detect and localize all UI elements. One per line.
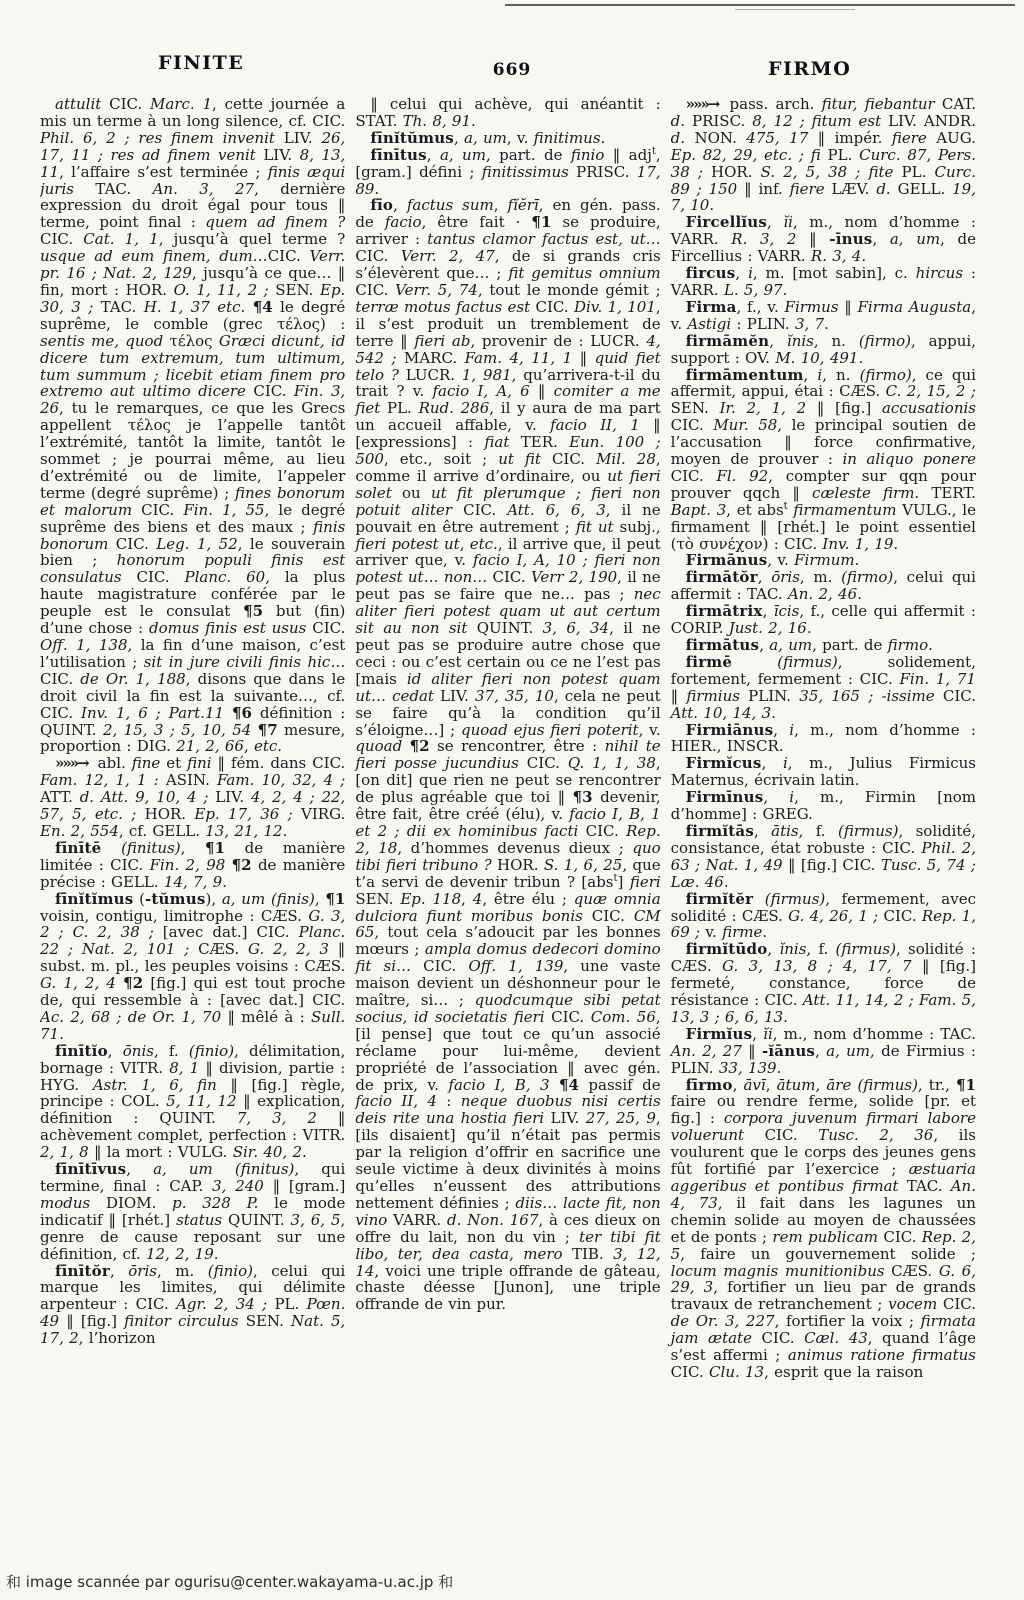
entry-paragraph: fīnĭtŭmus, a, um, v. finitimus. [355,130,660,147]
header-keyword-left: FINITE [158,52,244,74]
entry-paragraph: Fircellĭus, ĭi, m., nom d’homme : VARR. … [671,214,976,265]
entry-paragraph: firmātrix, īcis, f., celle qui affermit … [671,603,976,637]
entry-paragraph: Firmĭcus, i, m., Julius Firmicus Maternu… [671,755,976,789]
entry-paragraph: ‖ celui qui achève, qui anéantit : STAT.… [355,96,660,130]
entry-paragraph: fīrmo, āvī, ātum, āre (firmus), tr., ¶1 … [671,1077,976,1381]
entry-paragraph: firmātus, a, um, part. de firmo. [671,637,976,654]
entry-paragraph: fīnĭtĭmus (-tŭmus), a, um (finis), ¶1 vo… [40,891,345,1043]
entry-paragraph: Firmīnus, i, m., Firmin [nom d’homme] : … [671,789,976,823]
text-columns: attulit CIC. Marc. 1, cette journée a mi… [40,96,976,1568]
page-number: 669 [493,60,532,80]
entry-paragraph: fīnītĭo, ōnis, f. (finio), délimitation,… [40,1043,345,1161]
entry-paragraph: »»»→ pass. arch. fitur, fiebantur CAT. d… [671,96,976,214]
entry-paragraph: fīnītŏr, ōris, m. (finio), celui qui mar… [40,1263,345,1348]
scan-artifact-line [505,4,1015,6]
entry-paragraph: Firmiānus, i, m., nom d’homme : HIER., I… [671,722,976,756]
dictionary-page-scan: FINITE 669 FIRMO attulit CIC. Marc. 1, c… [0,0,1024,1600]
scan-attribution: 和 image scannée par ogurisu@center.wakay… [6,1573,453,1591]
entry-paragraph: Firmĭus, ĭi, m., nom d’homme : TAC. An. … [671,1026,976,1077]
column-1: attulit CIC. Marc. 1, cette journée a mi… [40,96,345,1568]
entry-paragraph: firmĭtūdo, ĭnis, f. (firmus), solidité :… [671,941,976,1026]
entry-paragraph: fīo, factus sum, fĭĕrī, en gén. pass. de… [355,197,660,1313]
entry-paragraph: fīnītē (finitus), ¶1 de manière limitée … [40,840,345,891]
entry-paragraph: firmāmĕn, ĭnis, n. (firmo), appui, suppo… [671,333,976,367]
header-keyword-right: FIRMO [768,58,851,80]
entry-paragraph: firmāmentum, i, n. (firmo), ce qui affer… [671,367,976,553]
entry-paragraph: fīnītus, a, um, part. de finio ‖ adjt, [… [355,147,660,198]
entry-paragraph: Firmānus, v. Firmum. [671,552,976,569]
entry-paragraph: firmē (firmus), solidement, fortement, f… [671,654,976,722]
entry-paragraph: fīnītīvus, a, um (finitus), qui termine,… [40,1161,345,1262]
entry-paragraph: attulit CIC. Marc. 1, cette journée a mi… [40,96,345,755]
entry-paragraph: firmātŏr, ōris, m. (firmo), celui qui af… [671,569,976,603]
scan-footer: 和 image scannée par ogurisu@center.wakay… [6,1571,453,1592]
entry-paragraph: »»»→ abl. fine et fini ‖ fém. dans CIC. … [40,755,345,840]
scan-artifact-line-2 [735,9,855,10]
column-2: ‖ celui qui achève, qui anéantit : STAT.… [355,96,660,1568]
entry-paragraph: fircus, i, m. [mot sabin], c. hircus : V… [671,265,976,299]
entry-paragraph: firmĭtĕr (firmus), fermement, avec solid… [671,891,976,942]
entry-paragraph: firmĭtās, ātis, f. (firmus), solidité, c… [671,823,976,891]
column-3: »»»→ pass. arch. fitur, fiebantur CAT. d… [671,96,976,1568]
entry-paragraph: Firma, f., v. Firmus ‖ Firma Augusta, v.… [671,299,976,333]
page-header: FINITE 669 FIRMO [0,52,1024,82]
